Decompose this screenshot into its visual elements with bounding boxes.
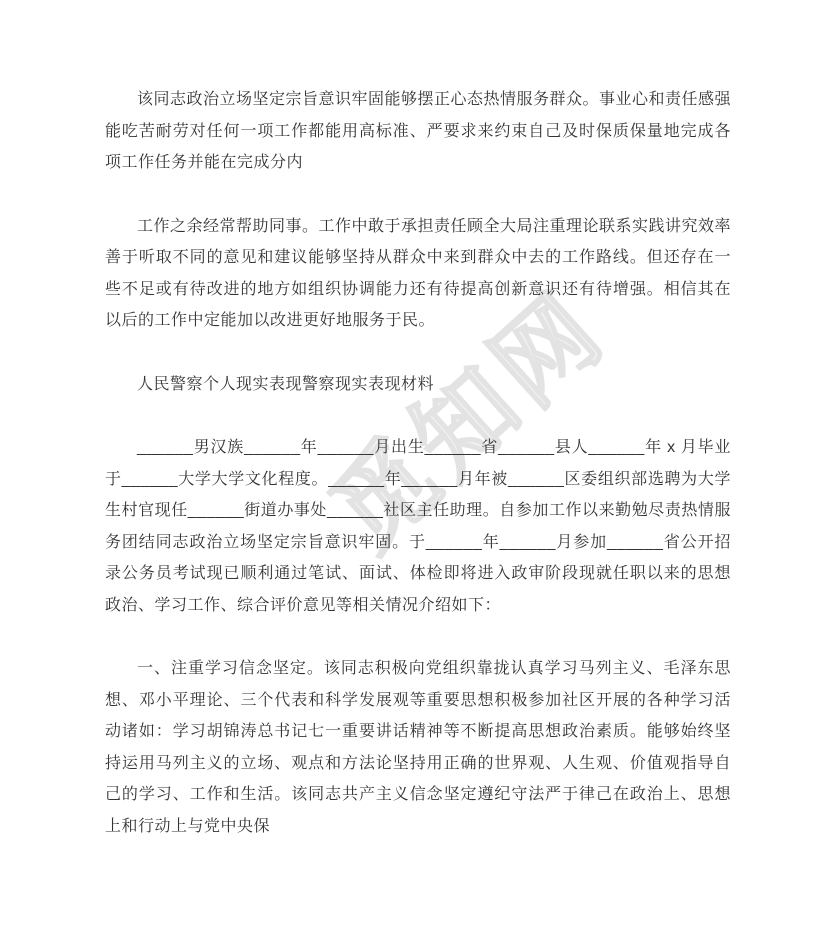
document-content: 该同志政治立场坚定宗旨意识牢固能够摆正心态热情服务群众。事业心和责任感强能吃苦耐…	[105, 84, 731, 874]
paragraph-performance-summary-1: 该同志政治立场坚定宗旨意识牢固能够摆正心态热情服务群众。事业心和责任感强能吃苦耐…	[105, 84, 731, 179]
paragraph-section-1-study: 一、注重学习信念坚定。该同志积极向党组织靠拢认真学习马列主义、毛泽东思想、邓小平…	[105, 653, 731, 842]
paragraph-personal-info-blanks: ______男汉族______年______月出生______省______县人…	[105, 432, 731, 621]
document-page: 觅知网 该同志政治立场坚定宗旨意识牢固能够摆正心态热情服务群众。事业心和责任感强…	[0, 0, 830, 927]
paragraph-performance-summary-2: 工作之余经常帮助同事。工作中敢于承担责任顾全大局注重理论联系实践讲究效率善于听取…	[105, 211, 731, 337]
document-title: 人民警察个人现实表现警察现实表现材料	[105, 369, 731, 401]
